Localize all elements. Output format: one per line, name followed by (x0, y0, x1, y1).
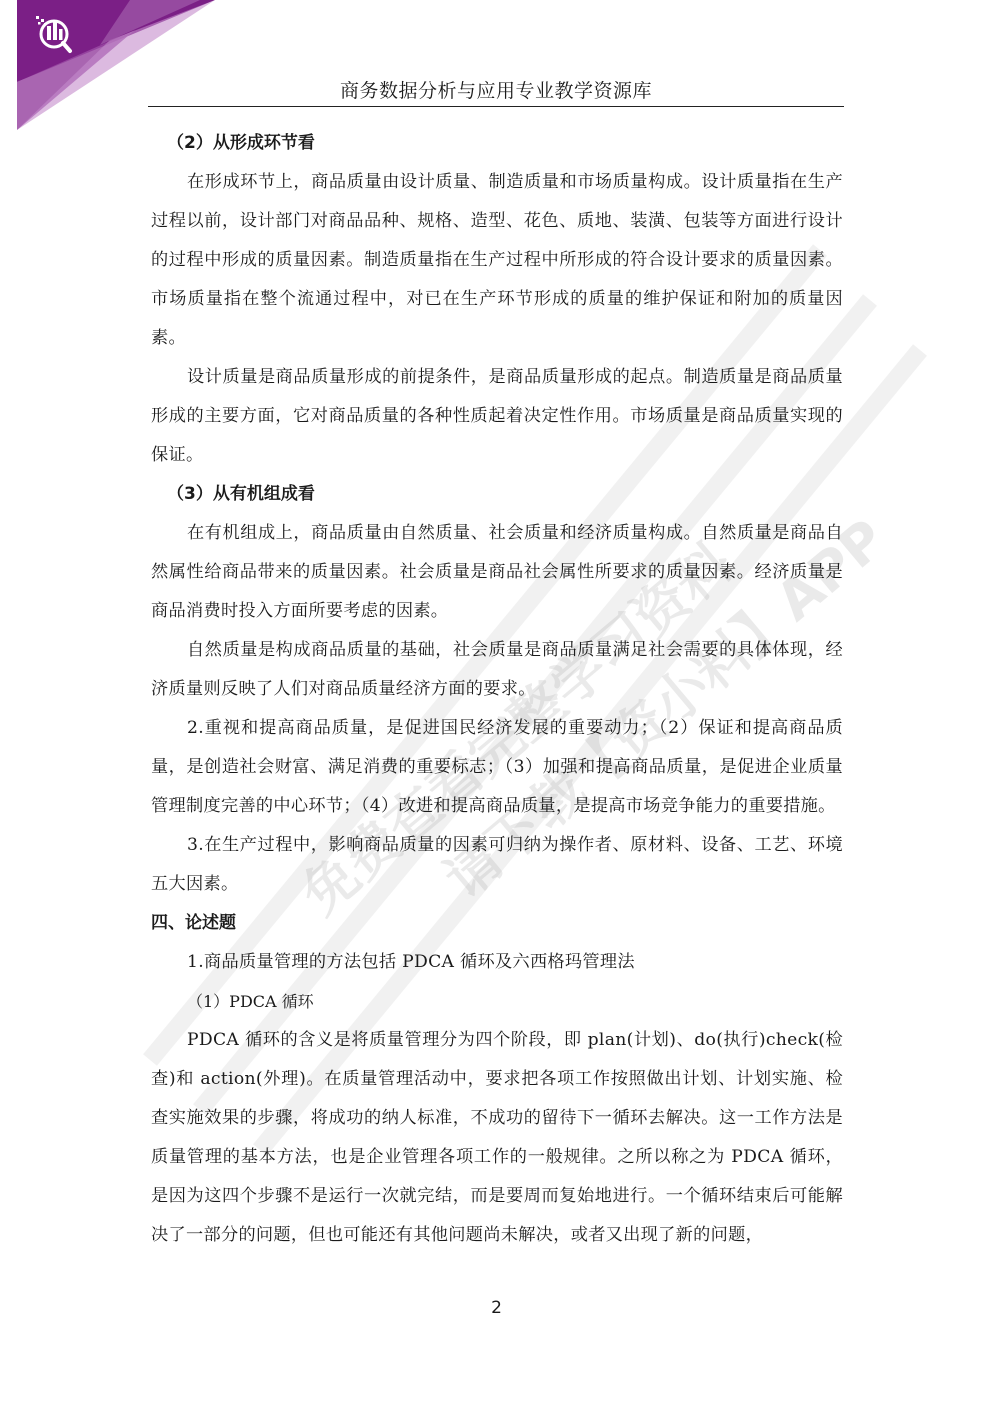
subheading-formation: （2）从形成环节看 (151, 124, 843, 163)
subheading-pdca: （1）PDCA 循环 (151, 982, 843, 1021)
paragraph: 2.重视和提高商品质量，是促进国民经济发展的重要动力；（2）保证和提高商品质量，… (151, 709, 843, 826)
magnifier-chart-icon (22, 6, 78, 56)
paragraph: 在形成环节上，商品质量由设计质量、制造质量和市场质量构成。设计质量指在生产过程以… (151, 163, 843, 358)
page-number: 2 (0, 1298, 993, 1318)
paragraph: 在有机组成上，商品质量由自然质量、社会质量和经济质量构成。自然质量是商品自然属性… (151, 514, 843, 631)
header-divider (148, 106, 844, 107)
paragraph: 设计质量是商品质量形成的前提条件，是商品质量形成的起点。制造质量是商品质量形成的… (151, 358, 843, 475)
page-header-title: 商务数据分析与应用专业教学资源库 (148, 76, 844, 103)
document-body: （2）从形成环节看 在形成环节上，商品质量由设计质量、制造质量和市场质量构成。设… (151, 124, 843, 1255)
paragraph: PDCA 循环的含义是将质量管理分为四个阶段，即 plan(计划)、do(执行)… (151, 1021, 843, 1255)
subheading-organic: （3）从有机组成看 (151, 475, 843, 514)
paragraph: 3.在生产过程中，影响商品质量的因素可归纳为操作者、原材料、设备、工艺、环境五大… (151, 826, 843, 904)
section-heading-essay: 四、论述题 (151, 904, 843, 943)
paragraph: 1.商品质量管理的方法包括 PDCA 循环及六西格玛管理法 (151, 943, 843, 982)
paragraph: 自然质量是构成商品质量的基础，社会质量是商品质量满足社会需要的具体体现，经济质量… (151, 631, 843, 709)
